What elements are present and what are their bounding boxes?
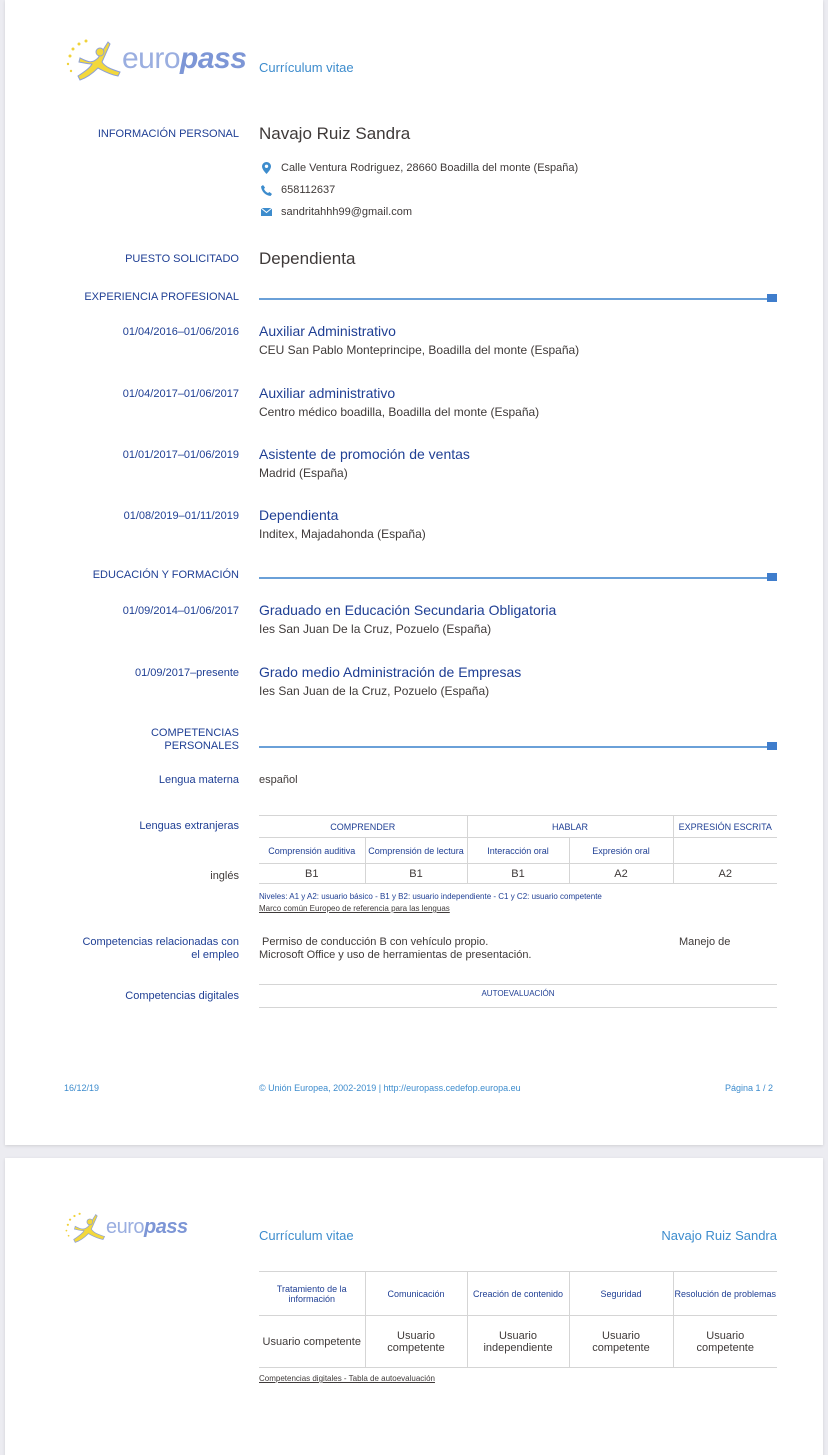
- level-reading: B1: [365, 864, 467, 884]
- level-listening: B1: [259, 864, 365, 884]
- experience-section-label: EXPERIENCIA PROFESIONAL: [84, 291, 239, 303]
- job-title: Asistente de promoción de ventas: [259, 446, 470, 462]
- location-pin-icon: [259, 162, 273, 174]
- value-content-creation: Usuario independiente: [467, 1316, 569, 1368]
- experience-dates: 01/01/2017–01/06/2019: [123, 449, 239, 461]
- digital-table-link[interactable]: Competencias digitales - Tabla de autoev…: [259, 1374, 435, 1383]
- digital-skills-table: Tratamiento de la información Comunicaci…: [259, 1271, 777, 1368]
- footer-copyright: © Unión Europea, 2002-2019 | http://euro…: [259, 1083, 521, 1093]
- divider-square: [767, 573, 777, 581]
- experience-item: Auxiliar administrativo Centro médico bo…: [259, 385, 539, 419]
- subheader-interaction: Interacción oral: [467, 838, 569, 864]
- address-row: Calle Ventura Rodriguez, 28660 Boadilla …: [259, 157, 578, 179]
- europass-logo: europass: [62, 1210, 188, 1244]
- footer-page-number: Página 1 / 2: [725, 1083, 773, 1093]
- language-table: COMPRENDER HABLAR EXPRESIÓN ESCRITA Comp…: [259, 815, 777, 884]
- logo-wordmark: europass: [122, 42, 246, 76]
- logo-wordmark: europass: [106, 1216, 188, 1239]
- phone-row: 658112637: [259, 179, 578, 201]
- divider-square: [767, 742, 777, 750]
- self-assessment-header: AUTOEVALUACIÓN: [259, 984, 777, 1008]
- position-label: PUESTO SOLICITADO: [125, 253, 239, 265]
- header-person-name: Navajo Ruiz Sandra: [661, 1228, 777, 1243]
- education-dates: 01/09/2014–01/06/2017: [123, 605, 239, 617]
- subheader-production: Expresión oral: [569, 838, 673, 864]
- foreign-languages-label: Lenguas extranjeras: [139, 820, 239, 832]
- subheader-listening: Comprensión auditiva: [259, 838, 365, 864]
- cv-page-2: europass Currículum vitae Navajo Ruiz Sa…: [5, 1158, 823, 1455]
- education-dates: 01/09/2017–presente: [135, 667, 239, 679]
- education-item: Grado medio Administración de Empresas I…: [259, 664, 521, 698]
- education-section-label: EDUCACIÓN Y FORMACIÓN: [93, 569, 239, 581]
- europass-logo: europass: [62, 36, 246, 82]
- level-production: A2: [569, 864, 673, 884]
- skills-section-label: COMPETENCIAS PERSONALES: [151, 727, 239, 753]
- job-title: Dependienta: [259, 507, 426, 523]
- job-related-label: Competencias relacionadas con el empleo: [82, 936, 239, 962]
- email-text[interactable]: sandritahhh99@gmail.com: [281, 206, 412, 218]
- header-information-processing: Tratamiento de la información: [259, 1272, 365, 1316]
- education-institution: Ies San Juan De la Cruz, Pozuelo (España…: [259, 622, 556, 636]
- header-content-creation: Creación de contenido: [467, 1272, 569, 1316]
- experience-dates: 01/08/2019–01/11/2019: [124, 510, 239, 522]
- education-title: Grado medio Administración de Empresas: [259, 664, 521, 680]
- group-header-writing: EXPRESIÓN ESCRITA: [673, 816, 777, 838]
- footer-date: 16/12/19: [64, 1083, 99, 1093]
- job-employer: Centro médico boadilla, Boadilla del mon…: [259, 405, 539, 419]
- job-employer: CEU San Pablo Monteprincipe, Boadilla de…: [259, 343, 579, 357]
- email-row: sandritahhh99@gmail.com: [259, 201, 578, 223]
- job-related-skills: Permiso de conducción B con vehículo pro…: [259, 936, 777, 962]
- mother-tongue-value: español: [259, 774, 298, 786]
- education-divider: [259, 577, 777, 579]
- experience-dates: 01/04/2016–01/06/2016: [123, 326, 239, 338]
- education-title: Graduado en Educación Secundaria Obligat…: [259, 602, 556, 618]
- header-safety: Seguridad: [569, 1272, 673, 1316]
- experience-item: Asistente de promoción de ventas Madrid …: [259, 446, 470, 480]
- header-problem-solving: Resolución de problemas: [673, 1272, 777, 1316]
- experience-divider: [259, 298, 777, 300]
- divider-square: [767, 294, 777, 302]
- level-interaction: B1: [467, 864, 569, 884]
- group-header-speaking: HABLAR: [467, 816, 673, 838]
- europass-star-figure-icon: [62, 1210, 106, 1244]
- education-institution: Ies San Juan de la Cruz, Pozuelo (España…: [259, 684, 521, 698]
- value-communication: Usuario competente: [365, 1316, 467, 1368]
- job-employer: Inditex, Majadahonda (España): [259, 527, 426, 541]
- skills-divider: [259, 746, 777, 748]
- experience-dates: 01/04/2017–01/06/2017: [123, 388, 239, 400]
- experience-item: Dependienta Inditex, Majadahonda (España…: [259, 507, 426, 541]
- cv-title: Currículum vitae: [259, 1228, 354, 1243]
- header-communication: Comunicación: [365, 1272, 467, 1316]
- subheader-writing: [673, 838, 777, 864]
- subheader-reading: Comprensión de lectura: [365, 838, 467, 864]
- mail-icon: [259, 208, 273, 216]
- value-safety: Usuario competente: [569, 1316, 673, 1368]
- phone-icon: [259, 185, 273, 196]
- levels-note: Niveles: A1 y A2: usuario básico - B1 y …: [259, 892, 602, 901]
- language-name: inglés: [210, 870, 239, 882]
- address-text: Calle Ventura Rodriguez, 28660 Boadilla …: [281, 162, 578, 174]
- personal-info-label: INFORMACIÓN PERSONAL: [98, 128, 239, 140]
- education-item: Graduado en Educación Secundaria Obligat…: [259, 602, 556, 636]
- mother-tongue-label: Lengua materna: [159, 774, 239, 786]
- cv-page-1: europass Currículum vitae INFORMACIÓN PE…: [5, 0, 823, 1145]
- group-header-understanding: COMPRENDER: [259, 816, 467, 838]
- framework-link[interactable]: Marco común Europeo de referencia para l…: [259, 904, 450, 913]
- person-name: Navajo Ruiz Sandra: [259, 124, 410, 144]
- europass-star-figure-icon: [62, 36, 122, 82]
- digital-skills-label: Competencias digitales: [125, 990, 239, 1002]
- value-problem-solving: Usuario competente: [673, 1316, 777, 1368]
- job-employer: Madrid (España): [259, 466, 470, 480]
- job-title: Auxiliar Administrativo: [259, 323, 579, 339]
- position-value: Dependienta: [259, 249, 355, 269]
- job-title: Auxiliar administrativo: [259, 385, 539, 401]
- cv-title: Currículum vitae: [259, 60, 354, 75]
- experience-item: Auxiliar Administrativo CEU San Pablo Mo…: [259, 323, 579, 357]
- contact-info: Calle Ventura Rodriguez, 28660 Boadilla …: [259, 157, 578, 223]
- level-writing: A2: [673, 864, 777, 884]
- value-information-processing: Usuario competente: [259, 1316, 365, 1368]
- phone-text: 658112637: [281, 184, 335, 196]
